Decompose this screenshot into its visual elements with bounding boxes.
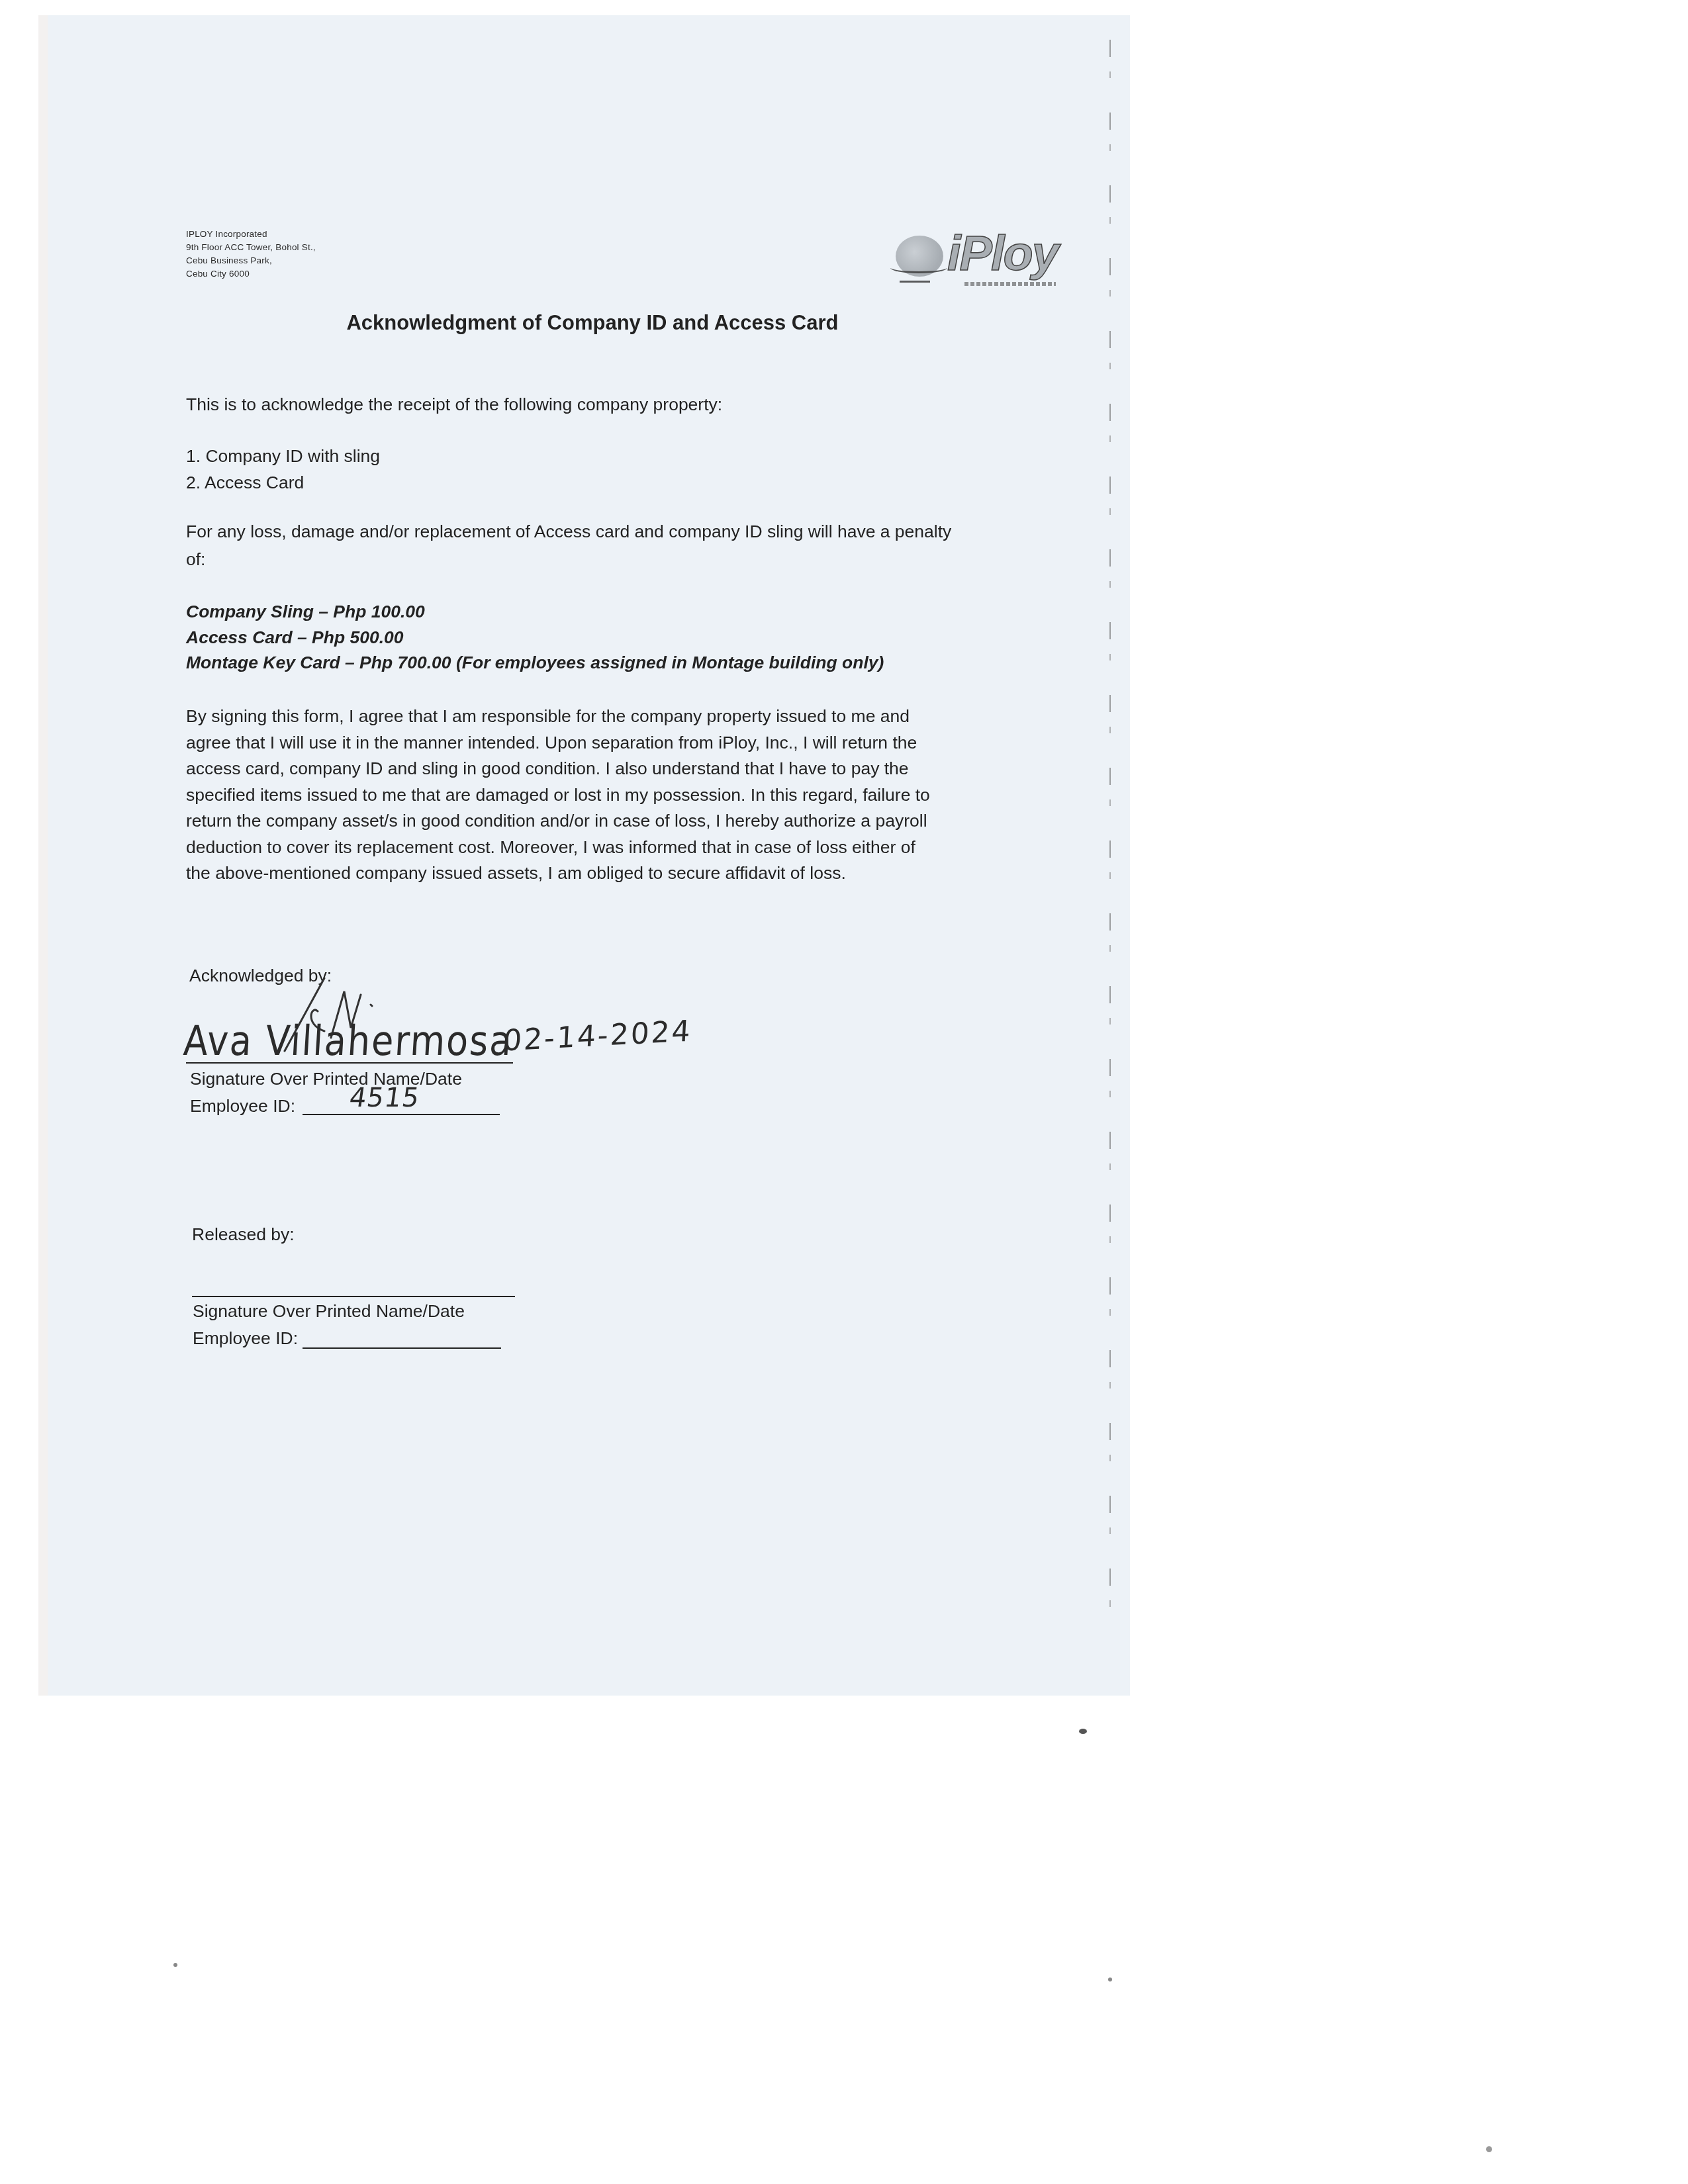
logo-tagline [964,282,1056,286]
signature-label: Signature Over Printed Name/Date [190,1069,462,1089]
released-by-label: Released by: [192,1224,295,1245]
penalty-intro-cont: of: [186,549,205,570]
address-line: 9th Floor ACC Tower, Bohol St., [186,241,316,254]
address-line: Cebu City 6000 [186,267,316,281]
penalty-item: Access Card – Php 500.00 [186,627,404,648]
paragraph-line: the above-mentioned company issued asset… [186,860,1007,887]
agreement-paragraph: By signing this form, I agree that I am … [186,704,1007,887]
penalty-item: Montage Key Card – Php 700.00 (For emplo… [186,653,884,673]
scan-speck [1079,1729,1087,1734]
list-item: 1. Company ID with sling [186,446,380,467]
employee-id-label: Employee ID: [190,1096,295,1116]
paragraph-line: return the company asset/s in good condi… [186,808,1007,835]
company-logo: iPloy [890,225,1062,295]
list-item: 2. Access Card [186,473,304,493]
signature-line [186,1062,513,1064]
released-employee-id-line[interactable] [303,1347,501,1349]
scan-speck [1486,2146,1492,2152]
company-address: IPLOY Incorporated 9th Floor ACC Tower, … [186,228,316,281]
released-signature-label: Signature Over Printed Name/Date [193,1301,465,1322]
released-signature-line[interactable] [192,1296,515,1297]
logo-wordmark: iPloy [947,225,1058,281]
scan-speck [1108,1978,1112,1981]
address-line: IPLOY Incorporated [186,228,316,241]
scan-edge-mark [1109,40,1111,1628]
penalty-intro: For any loss, damage and/or replacement … [186,522,951,542]
handwritten-name: Ava Villahermosa [182,1017,514,1065]
paragraph-line: agree that I will use it in the manner i… [186,730,1007,756]
paragraph-line: deduction to cover its replacement cost.… [186,835,1007,861]
address-line: Cebu Business Park, [186,254,316,267]
paragraph-line: access card, company ID and sling in goo… [186,756,1007,782]
employee-id-line [303,1114,500,1115]
swoosh-icon [890,262,947,273]
intro-text: This is to acknowledge the receipt of th… [186,394,722,415]
released-employee-id-label: Employee ID: [193,1328,298,1349]
handwritten-employee-id: 4515 [348,1083,422,1113]
scan-speck [173,1963,177,1967]
penalty-item: Company Sling – Php 100.00 [186,602,425,622]
paragraph-line: By signing this form, I agree that I am … [186,704,1007,730]
document-title: Acknowledgment of Company ID and Access … [0,311,1185,335]
paragraph-line: specified items issued to me that are da… [186,782,1007,809]
logo-underline [900,281,930,283]
